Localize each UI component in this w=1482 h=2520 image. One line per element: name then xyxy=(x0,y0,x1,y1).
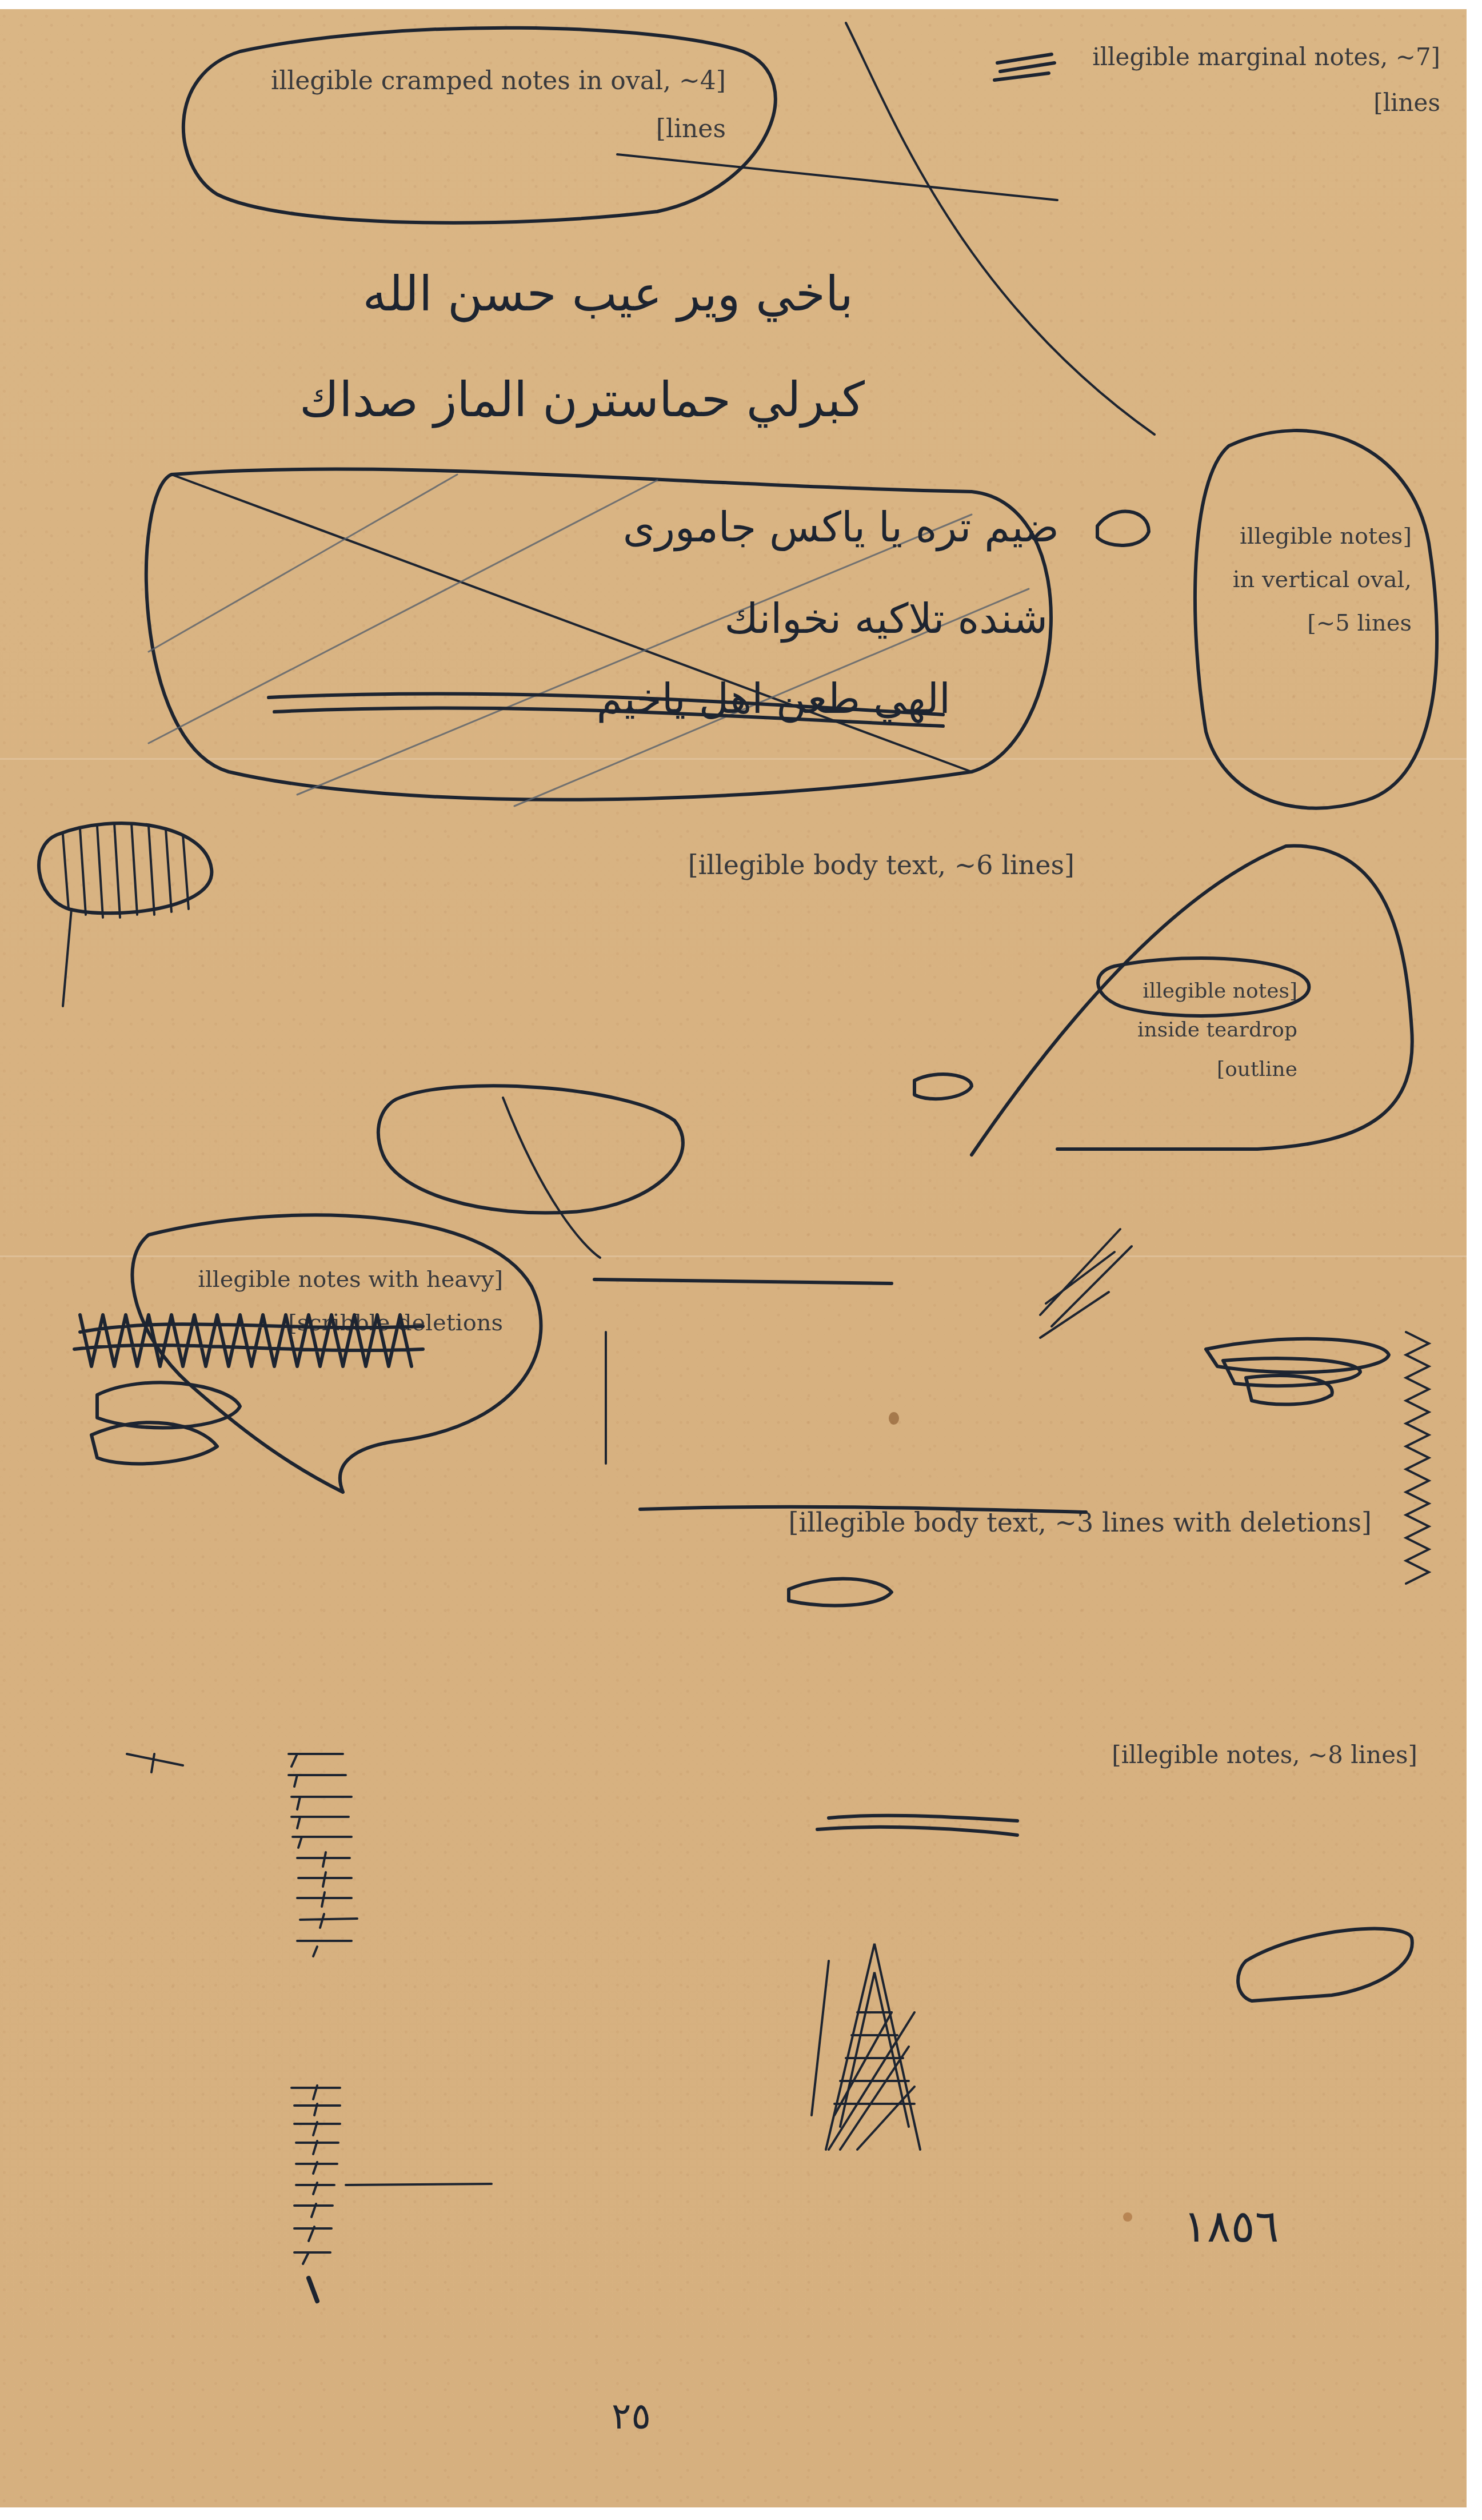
top-right-margin-notes: [illegible marginal notes, ~7 lines] xyxy=(1029,34,1440,126)
scribble-deletion xyxy=(914,1074,972,1099)
pencil-strike-2 xyxy=(149,480,657,743)
connector-line xyxy=(503,1098,600,1258)
middle-small-oval xyxy=(378,1086,683,1213)
tally-marks-upper xyxy=(289,1754,357,1956)
crossed-line-3: الهي طعن اهل ياخيم xyxy=(597,675,950,723)
crossed-line-2: شنده تلاكيه نخوانك xyxy=(725,595,1048,643)
hatch-scribble xyxy=(1040,1229,1132,1338)
pencil-strike-3 xyxy=(297,515,972,795)
headline-line-2: كبرلي حماسترن الماز صداك xyxy=(299,372,865,428)
top-left-oval-notes: [illegible cramped notes in oval, ~4 lin… xyxy=(269,57,726,153)
bottom-right-notes: [illegible notes, ~8 lines] xyxy=(846,1732,1417,1778)
middle-left-oval-notes: [illegible notes with heavy scribble del… xyxy=(171,1258,503,1345)
date-year: ١٨٥٦ xyxy=(1183,2201,1279,2252)
bottom-note: ٢٥ xyxy=(612,2395,651,2438)
scribble-deletion xyxy=(817,1816,1017,1835)
tally-marks-lower xyxy=(291,2086,340,2301)
teardrop-notes: [illegible notes inside teardrop outline… xyxy=(1115,972,1297,1089)
lone-cross-mark xyxy=(127,1754,183,1772)
pyramid-sketch xyxy=(826,1944,920,2150)
pointer-line xyxy=(63,909,71,1006)
connector-line xyxy=(617,154,1057,200)
scribble-deletion xyxy=(789,1578,892,1605)
zigzag-line xyxy=(1406,1332,1429,1584)
right-oval-notes: [illegible notes in vertical oval, ~5 li… xyxy=(1223,515,1412,645)
scribble-deletion xyxy=(91,1382,240,1464)
middle-left-oval-outline xyxy=(132,1215,541,1492)
bottom-right-small-oval xyxy=(1238,1929,1412,2001)
pointer-line xyxy=(346,2184,492,2185)
middle-paragraph: [illegible body text, ~6 lines] xyxy=(74,840,1074,890)
crossed-line-1: ضيم تره يا ياكس جامورى xyxy=(623,503,1059,551)
lower-body-lines: [illegible body text, ~3 lines with dele… xyxy=(114,1498,1372,1548)
scribble-deletion xyxy=(1097,512,1149,545)
vertical-rule xyxy=(812,1961,829,2115)
strike-through xyxy=(594,1279,892,1283)
headline-line-1: باخي وير عيب حسن الله xyxy=(362,266,853,322)
scribble-oval-cluster xyxy=(1206,1339,1389,1405)
